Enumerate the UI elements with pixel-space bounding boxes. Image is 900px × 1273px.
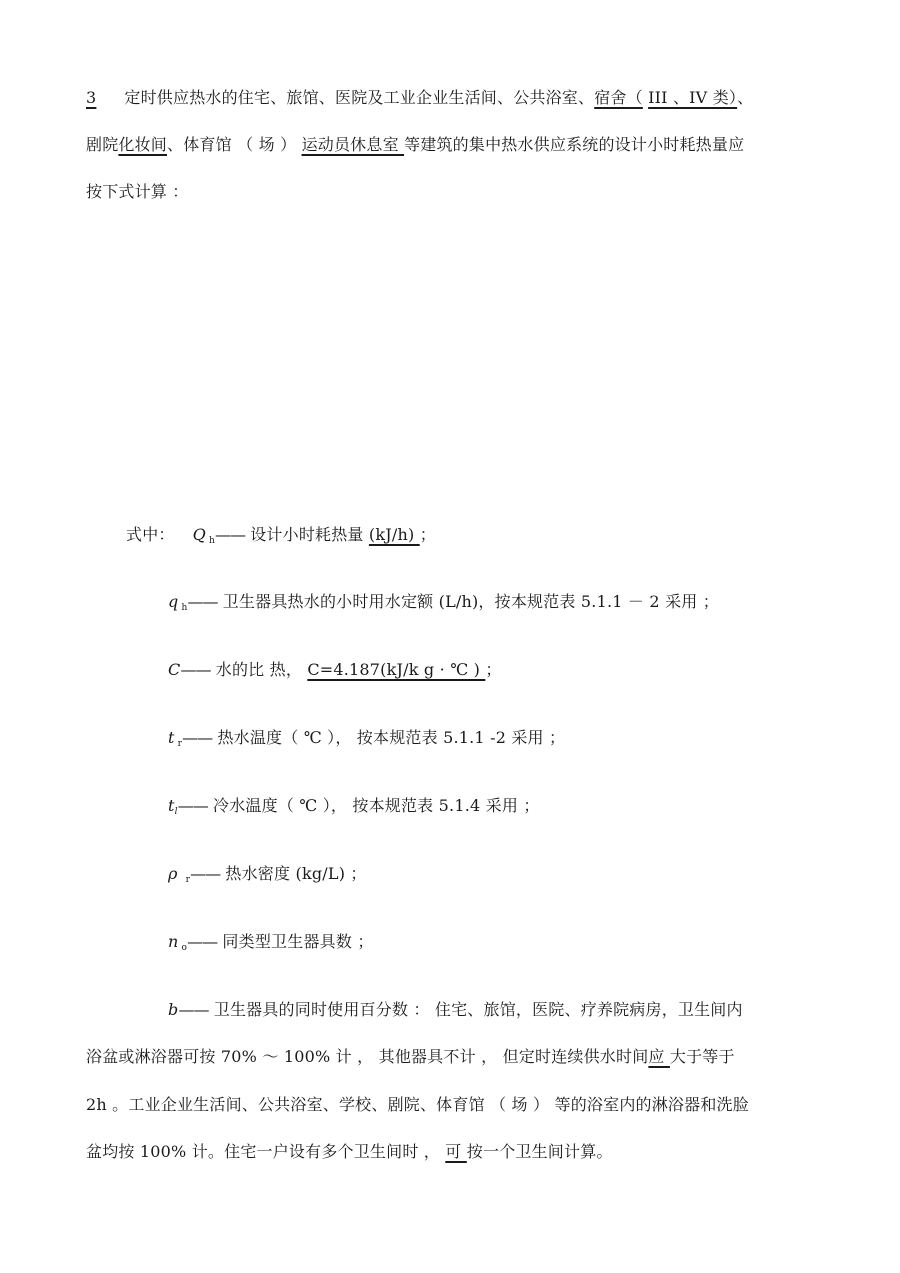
clause-line-2: 剧院化妆间、体育馆 （ 场 ） 运动员休息室 等建筑的集中热水供应系统的设计小时… xyxy=(86,135,744,155)
b-paragraph-line-4: 盆均按 100% 计。住宅一户设有多个卫生间时 ， 可 按一个卫生间计算。 xyxy=(86,1142,613,1162)
dash: —— xyxy=(187,592,217,611)
clause-text: 、体育馆 （ 场 ） xyxy=(167,135,302,154)
symbol: t xyxy=(168,796,175,815)
clause-number: 3 xyxy=(86,88,96,107)
definition-text: 热水密度 (kg/L) ； xyxy=(220,864,367,883)
definition-C: C—— 水的比 热， C=4.187(kJ/k g · ℃ ) ； xyxy=(168,660,502,680)
dash: —— xyxy=(178,1000,208,1019)
b-paragraph-line-3: 2h 。工业企业生活间、公共浴室、学校、剧院、体育馆 （ 场 ） 等的浴室内的淋… xyxy=(86,1095,749,1115)
paragraph-text: 浴盆或淋浴器可按 70% ～ 100% 计 ， 其他器具不计 ， 但定时连续供水… xyxy=(86,1047,648,1066)
definition-suffix: ； xyxy=(420,525,436,544)
symbol: ρ xyxy=(168,864,178,883)
underlined-unit: (kJ/h) xyxy=(369,525,420,544)
symbol: b xyxy=(168,1000,178,1019)
dash: —— xyxy=(178,796,208,815)
symbol: n xyxy=(168,932,179,951)
symbol: t xyxy=(168,728,175,747)
clause-text: 定时供应热水的住宅、旅馆、医院及工业企业生活间、公共浴室、 xyxy=(124,88,594,107)
underlined-dressing-room: 化妆间 xyxy=(118,135,167,154)
definition-no: no—— 同类型卫生器具数 ； xyxy=(168,932,374,958)
formula-area xyxy=(85,215,815,495)
dash: —— xyxy=(180,660,210,679)
definition-rho: ρr—— 热水密度 (kg/L) ； xyxy=(168,864,367,890)
underlined-should: 应 xyxy=(648,1047,670,1066)
paragraph-text: 2h 。工业企业生活间、公共浴室、学校、剧院、体育馆 （ 场 ） 等的浴室内的淋… xyxy=(86,1095,749,1114)
where-label: 式中： xyxy=(126,525,175,544)
clause-text: 、 xyxy=(737,88,753,107)
definition-Qh: 式中：Qh—— 设计小时耗热量 (kJ/h) ； xyxy=(126,525,436,551)
clause-text: 等建筑的集中热水供应系统的设计小时耗热量应 xyxy=(404,135,744,154)
underlined-dormitory: 宿舍（ xyxy=(594,88,643,107)
definition-text: 热水温度（ ℃ ）， 按本规范表 5.1.1 -2 采用 ； xyxy=(212,728,565,747)
definition-text: 水的比 热， xyxy=(210,660,307,679)
clause-text: 按下式计算 ： xyxy=(86,182,189,201)
b-paragraph-line-1: b—— 卫生器具的同时使用百分数 ： 住宅、旅馆，医院、疗养院病房，卫生间内 xyxy=(168,1000,743,1020)
definition-suffix: ； xyxy=(485,660,501,679)
paragraph-text: 卫生器具的同时使用百分数 ： 住宅、旅馆，医院、疗养院病房，卫生间内 xyxy=(208,1000,742,1019)
underlined-may: 可 xyxy=(445,1142,467,1161)
definition-tr: tr—— 热水温度（ ℃ ）， 按本规范表 5.1.1 -2 采用 ； xyxy=(168,728,565,754)
definition-text: 卫生器具热水的小时用水定额 (L/h)，按本规范表 5.1.1 － 2 采用 ； xyxy=(217,592,719,611)
dash: —— xyxy=(190,864,220,883)
symbol: C xyxy=(168,660,180,679)
b-paragraph-line-2: 浴盆或淋浴器可按 70% ～ 100% 计 ， 其他器具不计 ， 但定时连续供水… xyxy=(86,1047,735,1067)
paragraph-text: 大于等于 xyxy=(670,1047,735,1066)
underlined-specific-heat: C=4.187(kJ/k g · ℃ ) xyxy=(307,660,485,679)
symbol: q xyxy=(168,592,178,611)
definition-text: 设计小时耗热量 xyxy=(245,525,369,544)
underlined-athlete-lounge: 运动员休息室 xyxy=(302,135,405,154)
underlined-dormitory-class: III 、IV 类） xyxy=(648,88,737,107)
dash: —— xyxy=(182,728,212,747)
dash: —— xyxy=(215,525,245,544)
clause-line-1: 3定时供应热水的住宅、旅馆、医院及工业企业生活间、公共浴室、宿舍（ III 、I… xyxy=(86,88,753,108)
paragraph-text: 盆均按 100% 计。住宅一户设有多个卫生间时 ， xyxy=(86,1142,445,1161)
definition-tl: tl—— 冷水温度（ ℃ ）， 按本规范表 5.1.4 采用 ； xyxy=(168,796,540,822)
clause-text: 剧院 xyxy=(86,135,118,154)
paragraph-text: 按一个卫生间计算。 xyxy=(467,1142,613,1161)
symbol: Q xyxy=(193,525,206,544)
dash: —— xyxy=(187,932,217,951)
definition-qh: qh—— 卫生器具热水的小时用水定额 (L/h)，按本规范表 5.1.1 － 2… xyxy=(168,592,719,618)
clause-line-3: 按下式计算 ： xyxy=(86,182,189,202)
definition-text: 同类型卫生器具数 ； xyxy=(217,932,373,951)
definition-text: 冷水温度（ ℃ ）， 按本规范表 5.1.4 采用 ； xyxy=(208,796,540,815)
